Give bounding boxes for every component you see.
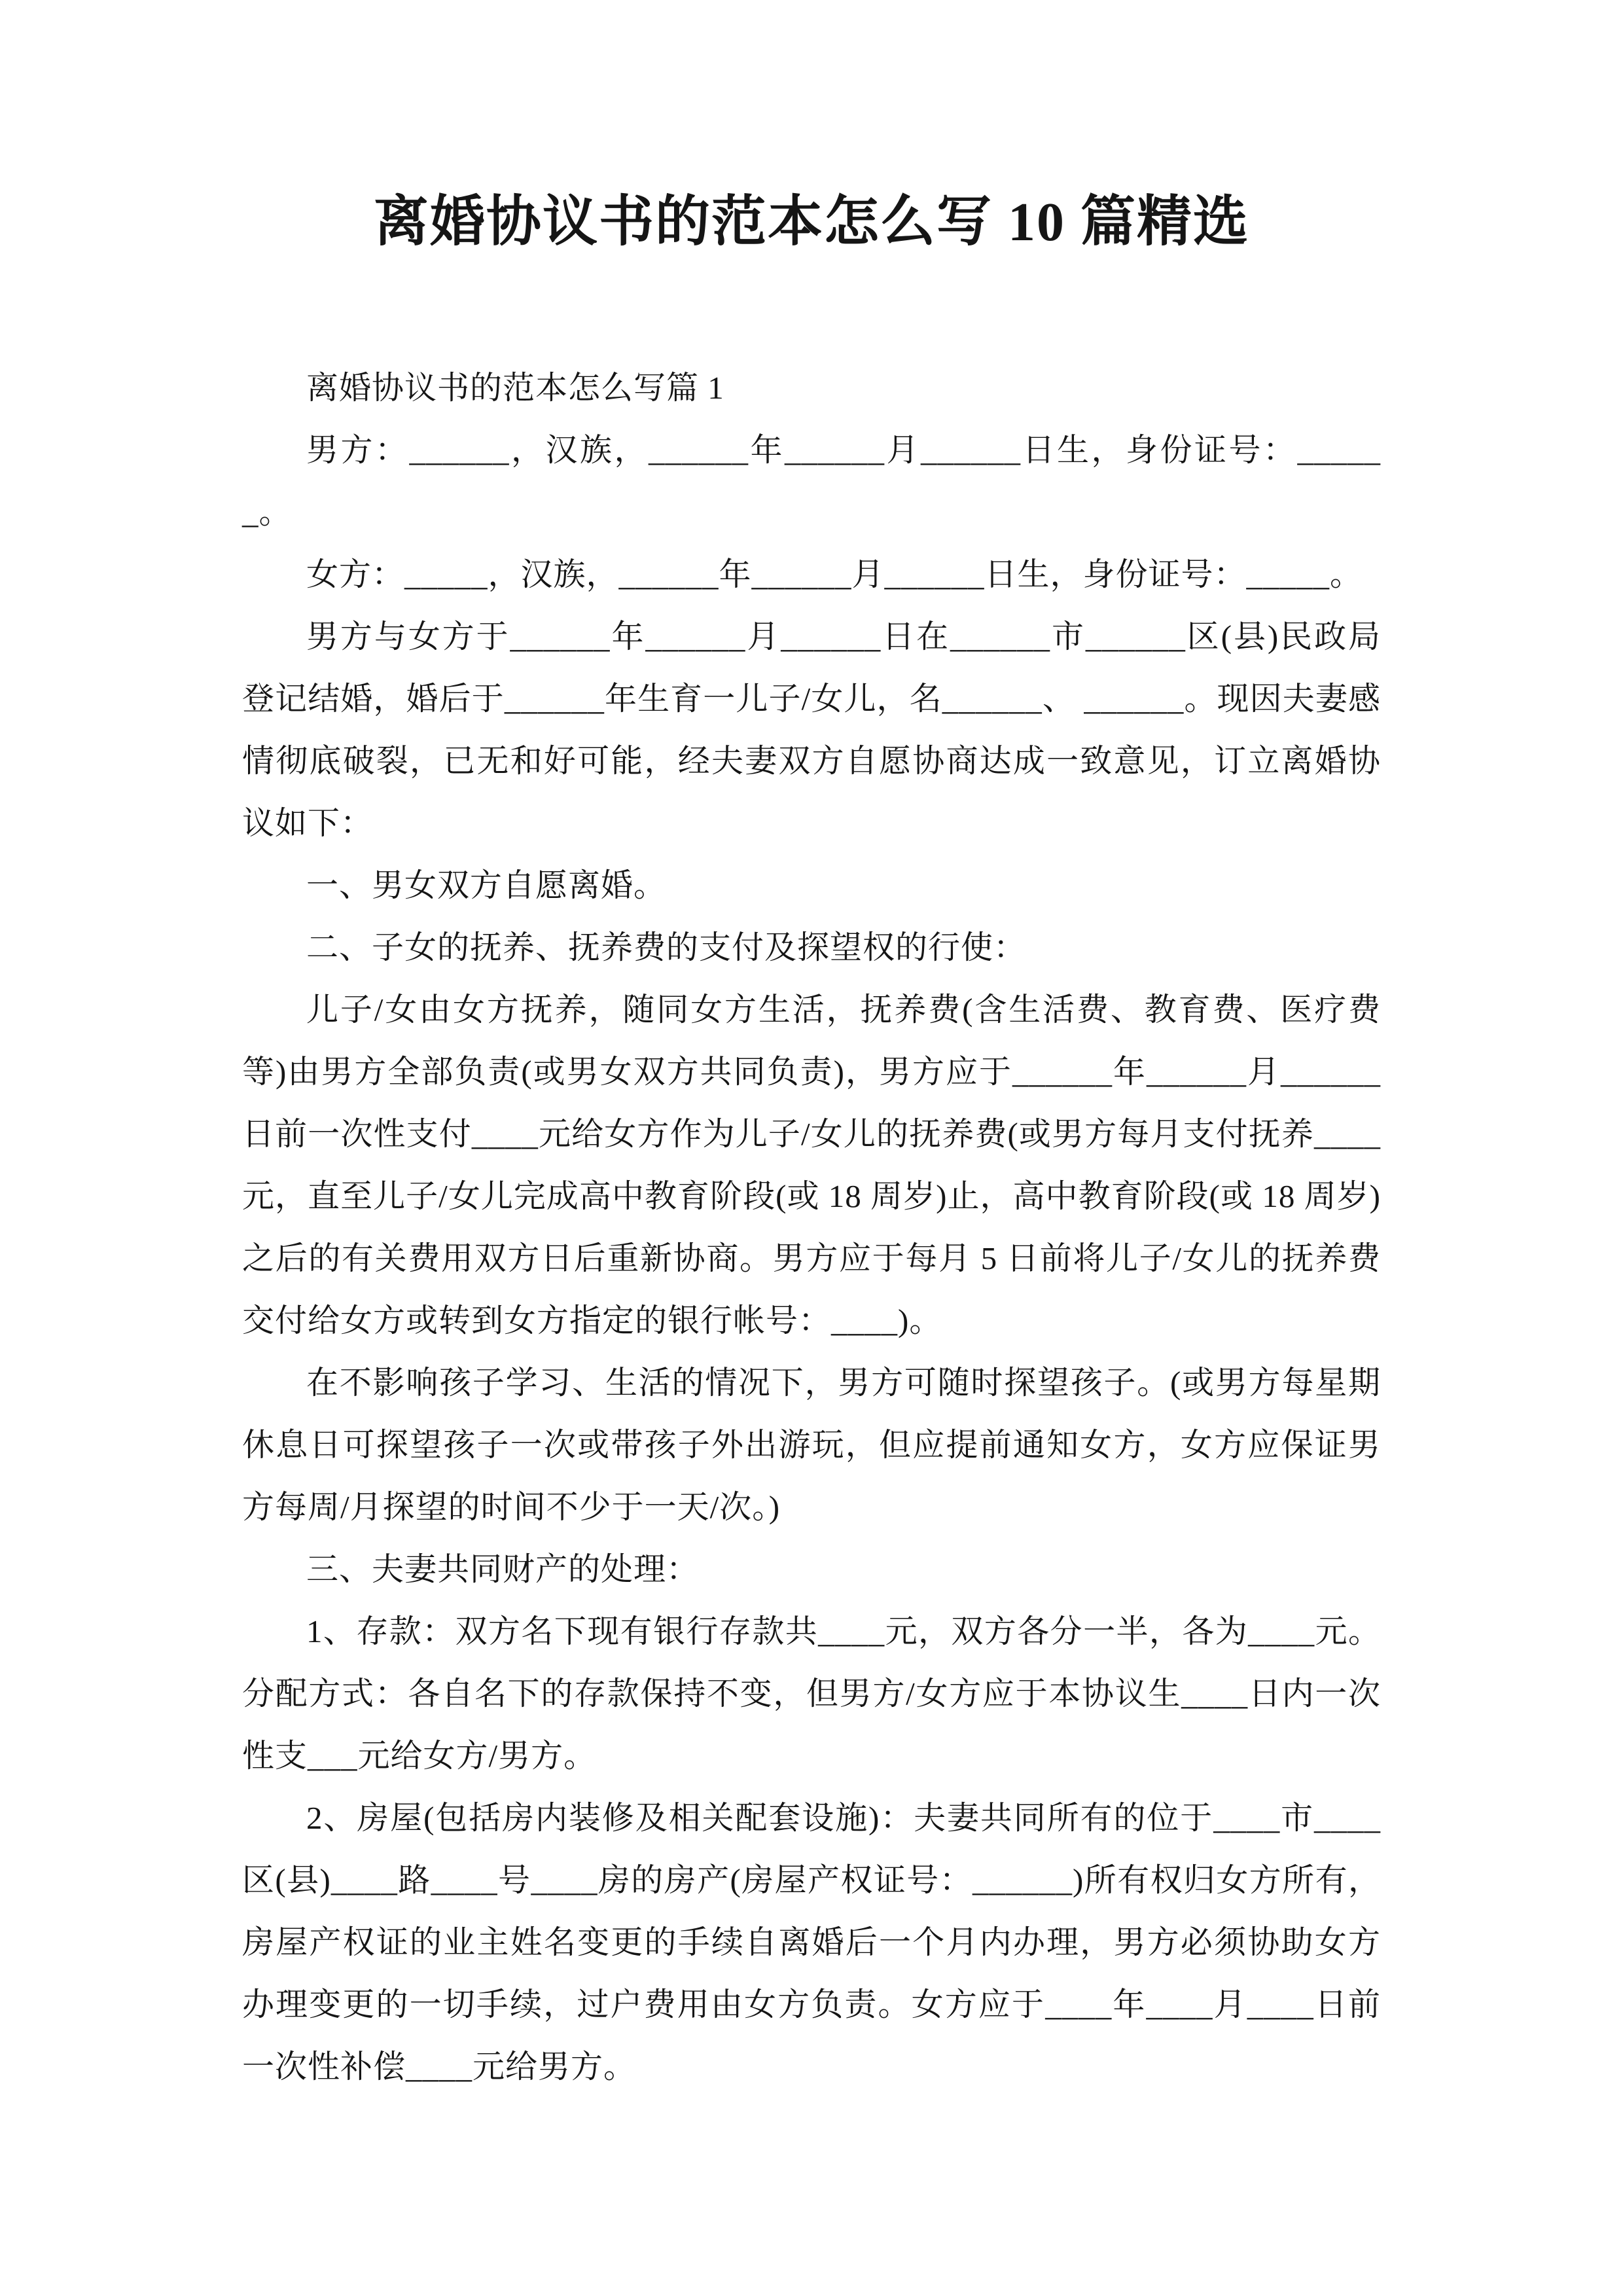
paragraph: 一、男女双方自愿离婚。: [242, 854, 1381, 916]
paragraph: 女方：_____，汉族，______年______月______日生，身份证号：…: [242, 543, 1381, 605]
paragraph: 2、房屋(包括房内装修及相关配套设施)：夫妻共同所有的位于____市____区(…: [242, 1787, 1381, 2098]
paragraph: 在不影响孩子学习、生活的情况下，男方可随时探望孩子。(或男方每星期休息日可探望孩…: [242, 1352, 1381, 1538]
paragraph: 1、存款：双方名下现有银行存款共____元，双方各分一半，各为____元。分配方…: [242, 1600, 1381, 1787]
paragraph: 二、子女的抚养、抚养费的支付及探望权的行使：: [242, 916, 1381, 978]
paragraph: 男方与女方于______年______月______日在______市_____…: [242, 605, 1381, 854]
document-page: 离婚协议书的范本怎么写 10 篇精选 离婚协议书的范本怎么写篇 1男方：____…: [0, 0, 1623, 2296]
document-title: 离婚协议书的范本怎么写 10 篇精选: [242, 187, 1381, 259]
paragraph: 三、夫妻共同财产的处理：: [242, 1538, 1381, 1600]
paragraph: 离婚协议书的范本怎么写篇 1: [242, 357, 1381, 419]
paragraph: 儿子/女由女方抚养，随同女方生活，抚养费(含生活费、教育费、医疗费等)由男方全部…: [242, 978, 1381, 1352]
paragraph: 男方：______，汉族，______年______月______日生，身份证号…: [242, 419, 1381, 543]
document-body: 离婚协议书的范本怎么写篇 1男方：______，汉族，______年______…: [242, 357, 1381, 2098]
